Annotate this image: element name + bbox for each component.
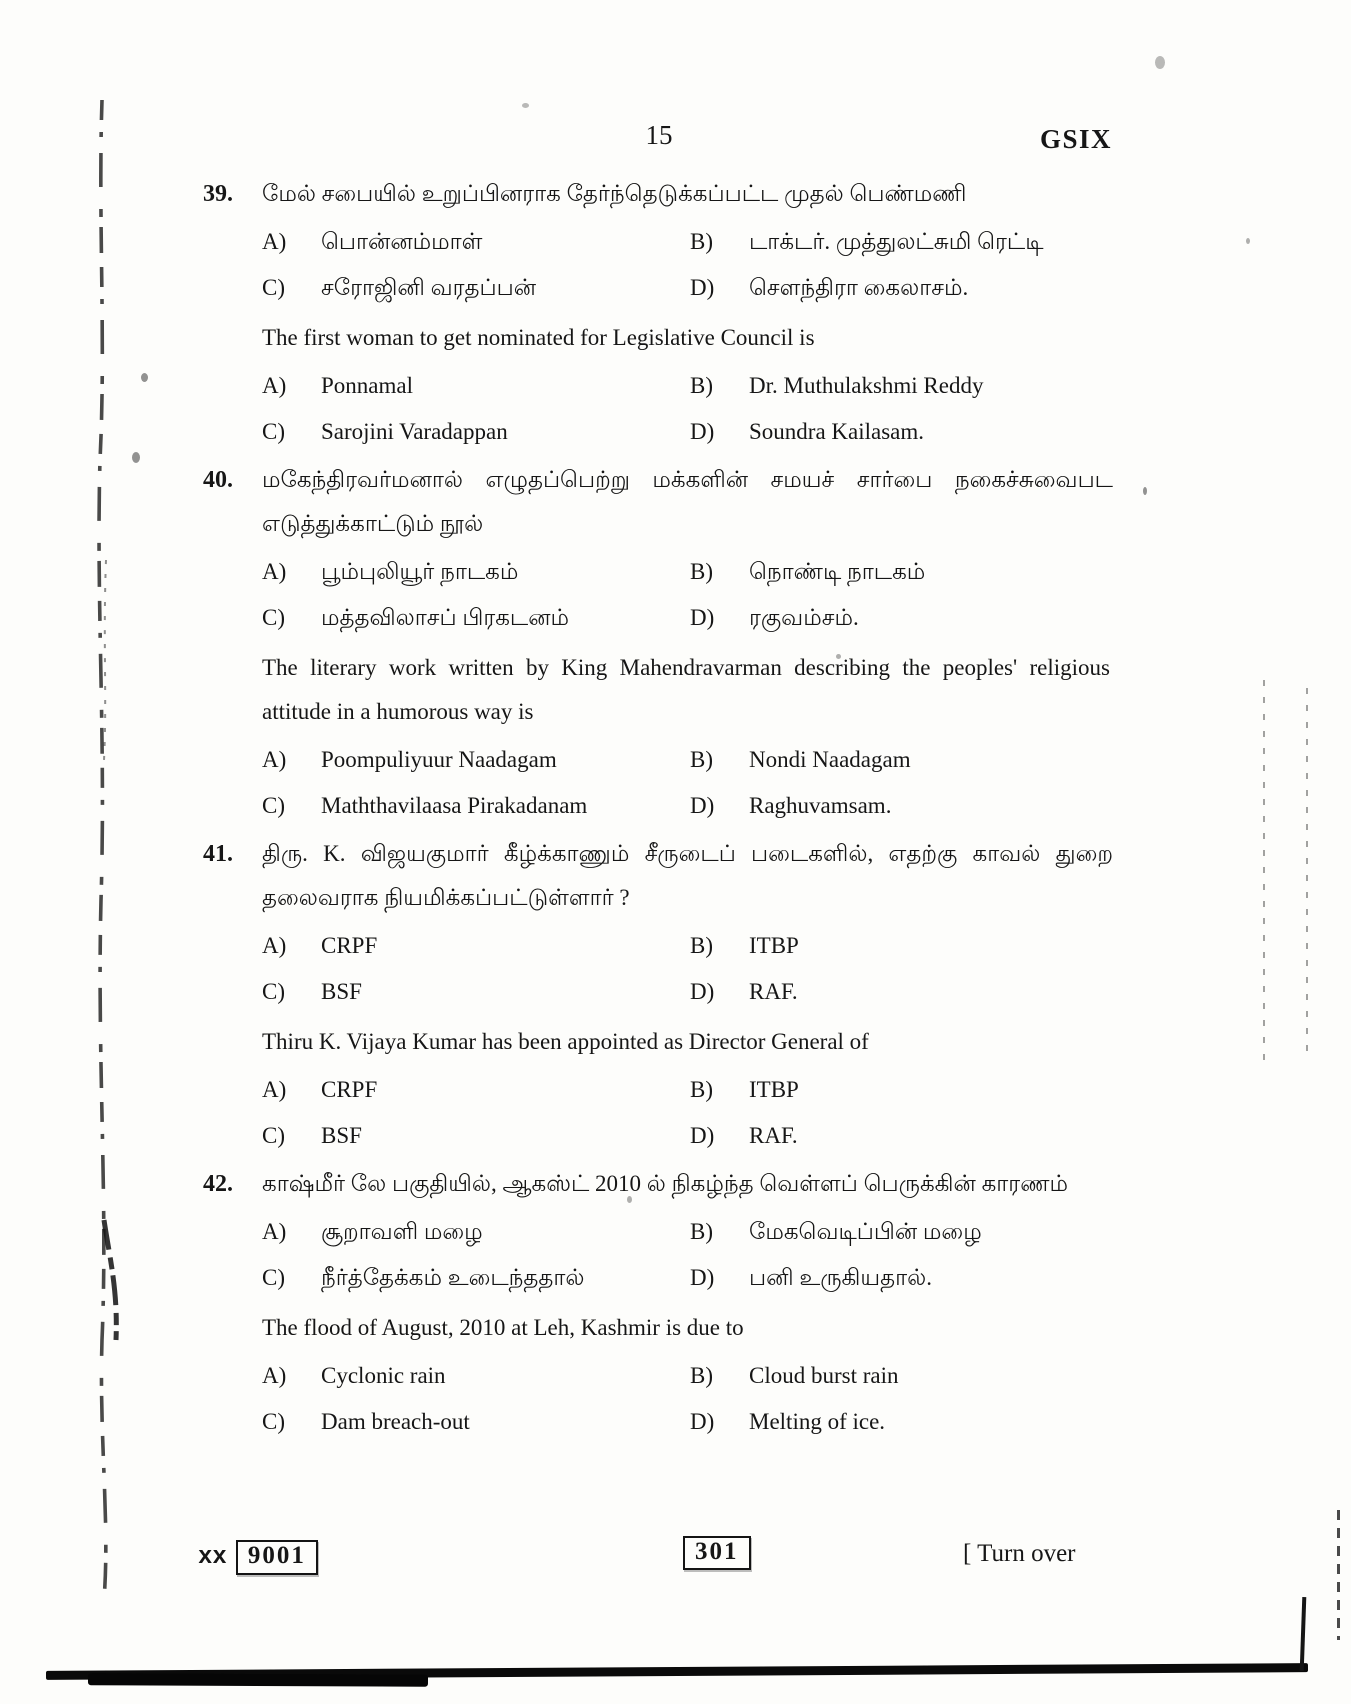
- option-42-tamil-B: B)மேகவெடிப்பின் மழை: [690, 1216, 1113, 1248]
- option-41-english-C: C)BSF: [262, 1120, 690, 1152]
- option-letter: A): [262, 744, 321, 776]
- option-40-tamil-A: A)பூம்புலியூர் நாடகம்: [262, 556, 690, 588]
- footer-code-box: 9001: [236, 1540, 318, 1575]
- option-41-tamil-D: D)RAF.: [690, 976, 1113, 1008]
- option-letter: A): [262, 1074, 321, 1106]
- option-text: Cloud burst rain: [749, 1360, 1113, 1392]
- option-text: பனி உருகியதால்.: [749, 1262, 1113, 1294]
- option-39-english-B: B)Dr. Muthulakshmi Reddy: [690, 370, 1113, 402]
- option-letter: B): [690, 930, 749, 962]
- option-letter: D): [690, 1406, 749, 1438]
- scan-speck: [1246, 238, 1250, 244]
- question-number: 39.: [203, 172, 262, 216]
- option-text: Cyclonic rain: [321, 1360, 690, 1392]
- question-stem-english: The literary work written by King Mahend…: [262, 646, 1110, 734]
- option-39-tamil-C: C)சரோஜினி வரதப்பன்: [262, 272, 690, 304]
- option-letter: C): [262, 790, 321, 822]
- option-text: CRPF: [321, 930, 690, 962]
- option-letter: C): [262, 1262, 321, 1294]
- option-letter: B): [690, 1360, 749, 1392]
- option-letter: A): [262, 226, 321, 258]
- option-41-tamil-A: A)CRPF: [262, 930, 690, 962]
- question-41-tamil-options: A)CRPF B)ITBP C)BSF D)RAF.: [262, 930, 1113, 1008]
- option-letter: A): [262, 370, 321, 402]
- question-stem-tamil: மேல் சபையில் உறுப்பினராக தேர்ந்தெடுக்கப்…: [262, 172, 1113, 216]
- option-42-tamil-C: C)நீர்த்தேக்கம் உடைந்ததால்: [262, 1262, 690, 1294]
- footer-series-box: 301: [683, 1536, 751, 1570]
- option-text: செளந்திரா கைலாசம்.: [749, 272, 1113, 304]
- question-40: 40. மகேந்திரவர்மனால் எழுதப்பெற்று மக்களி…: [203, 458, 1113, 822]
- footer-booklet-code: xx 9001: [198, 1540, 318, 1575]
- option-42-english-A: A)Cyclonic rain: [262, 1360, 690, 1392]
- option-40-english-B: B)Nondi Naadagam: [690, 744, 1113, 776]
- option-text: பூம்புலியூர் நாடகம்: [321, 556, 690, 588]
- question-41-english-options: A)CRPF B)ITBP C)BSF D)RAF.: [262, 1074, 1113, 1152]
- option-text: ITBP: [749, 1074, 1113, 1106]
- option-text: மத்தவிலாசப் பிரகடனம்: [321, 602, 690, 634]
- footer-series-box-wrap: 301: [683, 1538, 751, 1566]
- option-40-english-A: A)Poompuliyuur Naadagam: [262, 744, 690, 776]
- option-text: நீர்த்தேக்கம் உடைந்ததால்: [321, 1262, 690, 1294]
- option-40-tamil-B: B)நொண்டி நாடகம்: [690, 556, 1113, 588]
- option-letter: B): [690, 1216, 749, 1248]
- scan-artifact-dotted-line: [1337, 1510, 1340, 1640]
- option-text: RAF.: [749, 976, 1113, 1008]
- option-text: சரோஜினி வரதப்பன்: [321, 272, 690, 304]
- option-39-tamil-A: A)பொன்னம்மாள்: [262, 226, 690, 258]
- option-text: பொன்னம்மாள்: [321, 226, 690, 258]
- option-42-english-D: D)Melting of ice.: [690, 1406, 1113, 1438]
- option-40-tamil-C: C)மத்தவிலாசப் பிரகடனம்: [262, 602, 690, 634]
- scan-speck: [132, 452, 140, 463]
- option-letter: B): [690, 1074, 749, 1106]
- question-40-english-options: A)Poompuliyuur Naadagam B)Nondi Naadagam…: [262, 744, 1113, 822]
- option-39-tamil-B: B)டாக்டர். முத்துலட்சுமி ரெட்டி: [690, 226, 1113, 258]
- scan-artifact-dotted-line: [1306, 688, 1308, 1058]
- page-number: 15: [609, 120, 709, 151]
- scan-speck: [141, 373, 148, 382]
- question-42-tamil-options: A)சூறாவளி மழை B)மேகவெடிப்பின் மழை C)நீர்…: [262, 1216, 1113, 1294]
- option-letter: A): [262, 1216, 321, 1248]
- option-40-tamil-D: D)ரகுவம்சம்.: [690, 602, 1113, 634]
- question-42: 42. காஷ்மீர் லே பகுதியில், ஆகஸ்ட் 2010 ல…: [203, 1162, 1113, 1438]
- option-letter: B): [690, 226, 749, 258]
- option-text: Poompuliyuur Naadagam: [321, 744, 690, 776]
- option-text: Maththavilaasa Pirakadanam: [321, 790, 690, 822]
- scan-speck: [627, 1196, 632, 1203]
- option-text: BSF: [321, 1120, 690, 1152]
- option-text: Dr. Muthulakshmi Reddy: [749, 370, 1113, 402]
- option-text: Raghuvamsam.: [749, 790, 1113, 822]
- option-letter: D): [690, 1120, 749, 1152]
- option-41-tamil-C: C)BSF: [262, 976, 690, 1008]
- footer-prefix: xx: [198, 1544, 227, 1571]
- scan-speck: [1155, 56, 1165, 69]
- option-42-tamil-A: A)சூறாவளி மழை: [262, 1216, 690, 1248]
- option-text: நொண்டி நாடகம்: [749, 556, 1113, 588]
- option-letter: D): [690, 790, 749, 822]
- option-39-english-D: D)Soundra Kailasam.: [690, 416, 1113, 448]
- question-40-tamil-options: A)பூம்புலியூர் நாடகம் B)நொண்டி நாடகம் C)…: [262, 556, 1113, 634]
- option-letter: C): [262, 416, 321, 448]
- option-text: RAF.: [749, 1120, 1113, 1152]
- question-41: 41. திரு. K. விஜயகுமார் கீழ்க்காணும் சீர…: [203, 832, 1113, 1152]
- scan-speck: [522, 103, 529, 108]
- option-41-english-B: B)ITBP: [690, 1074, 1113, 1106]
- option-letter: D): [690, 602, 749, 634]
- option-text: டாக்டர். முத்துலட்சுமி ரெட்டி: [749, 226, 1113, 258]
- question-39: 39. மேல் சபையில் உறுப்பினராக தேர்ந்தெடுக…: [203, 172, 1113, 448]
- option-letter: B): [690, 744, 749, 776]
- option-text: Soundra Kailasam.: [749, 416, 1113, 448]
- option-41-english-D: D)RAF.: [690, 1120, 1113, 1152]
- option-text: Sarojini Varadappan: [321, 416, 690, 448]
- turn-over-label: [ Turn over: [963, 1540, 1076, 1568]
- question-42-tamil-stem-row: 42. காஷ்மீர் லே பகுதியில், ஆகஸ்ட் 2010 ல…: [203, 1162, 1113, 1206]
- question-number: 41.: [203, 832, 262, 876]
- option-letter: C): [262, 602, 321, 634]
- option-letter: C): [262, 272, 321, 304]
- scan-artifact-dotted-line: [1263, 680, 1265, 1060]
- option-42-english-C: C)Dam breach-out: [262, 1406, 690, 1438]
- question-41-tamil-stem-row: 41. திரு. K. விஜயகுமார் கீழ்க்காணும் சீர…: [203, 832, 1113, 920]
- question-stem-tamil: காஷ்மீர் லே பகுதியில், ஆகஸ்ட் 2010 ல் நி…: [262, 1162, 1113, 1206]
- scan-speck: [1143, 487, 1147, 495]
- option-text: Nondi Naadagam: [749, 744, 1113, 776]
- option-letter: D): [690, 1262, 749, 1294]
- option-letter: C): [262, 1406, 321, 1438]
- exam-paper-page: 15 GSIX 39. மேல் சபையில் உறுப்பினராக தேர…: [0, 0, 1351, 1704]
- option-text: Dam breach-out: [321, 1406, 690, 1438]
- option-39-english-C: C)Sarojini Varadappan: [262, 416, 690, 448]
- question-39-tamil-stem-row: 39. மேல் சபையில் உறுப்பினராக தேர்ந்தெடுக…: [203, 172, 1113, 216]
- option-letter: D): [690, 272, 749, 304]
- option-text: ரகுவம்சம்.: [749, 602, 1113, 634]
- question-stem-english: The flood of August, 2010 at Leh, Kashmi…: [262, 1306, 1110, 1350]
- option-39-english-A: A)Ponnamal: [262, 370, 690, 402]
- option-42-english-B: B)Cloud burst rain: [690, 1360, 1113, 1392]
- question-stem-tamil: மகேந்திரவர்மனால் எழுதப்பெற்று மக்களின் ச…: [262, 458, 1113, 546]
- option-text: Ponnamal: [321, 370, 690, 402]
- question-stem-english: Thiru K. Vijaya Kumar has been appointed…: [262, 1020, 1110, 1064]
- option-letter: A): [262, 930, 321, 962]
- option-letter: B): [690, 370, 749, 402]
- option-letter: C): [262, 1120, 321, 1152]
- scan-speck: [836, 654, 841, 659]
- option-text: சூறாவளி மழை: [321, 1216, 690, 1248]
- scan-artifact-right-tick: [1300, 1597, 1307, 1671]
- question-stem-tamil: திரு. K. விஜயகுமார் கீழ்க்காணும் சீருடைப…: [262, 832, 1113, 920]
- option-text: CRPF: [321, 1074, 690, 1106]
- option-text: BSF: [321, 976, 690, 1008]
- option-39-tamil-D: D)செளந்திரா கைலாசம்.: [690, 272, 1113, 304]
- question-40-tamil-stem-row: 40. மகேந்திரவர்மனால் எழுதப்பெற்று மக்களி…: [203, 458, 1113, 546]
- option-41-english-A: A)CRPF: [262, 1074, 690, 1106]
- option-letter: B): [690, 556, 749, 588]
- scan-artifact-bottom-edge-left: [88, 1673, 428, 1686]
- option-text: Melting of ice.: [749, 1406, 1113, 1438]
- paper-code: GSIX: [1040, 124, 1112, 155]
- option-letter: C): [262, 976, 321, 1008]
- option-40-english-D: D)Raghuvamsam.: [690, 790, 1113, 822]
- question-number: 40.: [203, 458, 262, 502]
- option-letter: A): [262, 1360, 321, 1392]
- option-letter: D): [690, 976, 749, 1008]
- scan-artifact-left-streak: [80, 40, 124, 1620]
- option-text: மேகவெடிப்பின் மழை: [749, 1216, 1113, 1248]
- question-39-english-options: A)Ponnamal B)Dr. Muthulakshmi Reddy C)Sa…: [262, 370, 1113, 448]
- question-number: 42.: [203, 1162, 262, 1206]
- question-39-tamil-options: A)பொன்னம்மாள் B)டாக்டர். முத்துலட்சுமி ர…: [262, 226, 1113, 304]
- option-40-english-C: C)Maththavilaasa Pirakadanam: [262, 790, 690, 822]
- option-letter: D): [690, 416, 749, 448]
- option-letter: A): [262, 556, 321, 588]
- option-42-tamil-D: D)பனி உருகியதால்.: [690, 1262, 1113, 1294]
- question-42-english-options: A)Cyclonic rain B)Cloud burst rain C)Dam…: [262, 1360, 1113, 1438]
- option-text: ITBP: [749, 930, 1113, 962]
- question-stem-english: The first woman to get nominated for Leg…: [262, 316, 1110, 360]
- option-41-tamil-B: B)ITBP: [690, 930, 1113, 962]
